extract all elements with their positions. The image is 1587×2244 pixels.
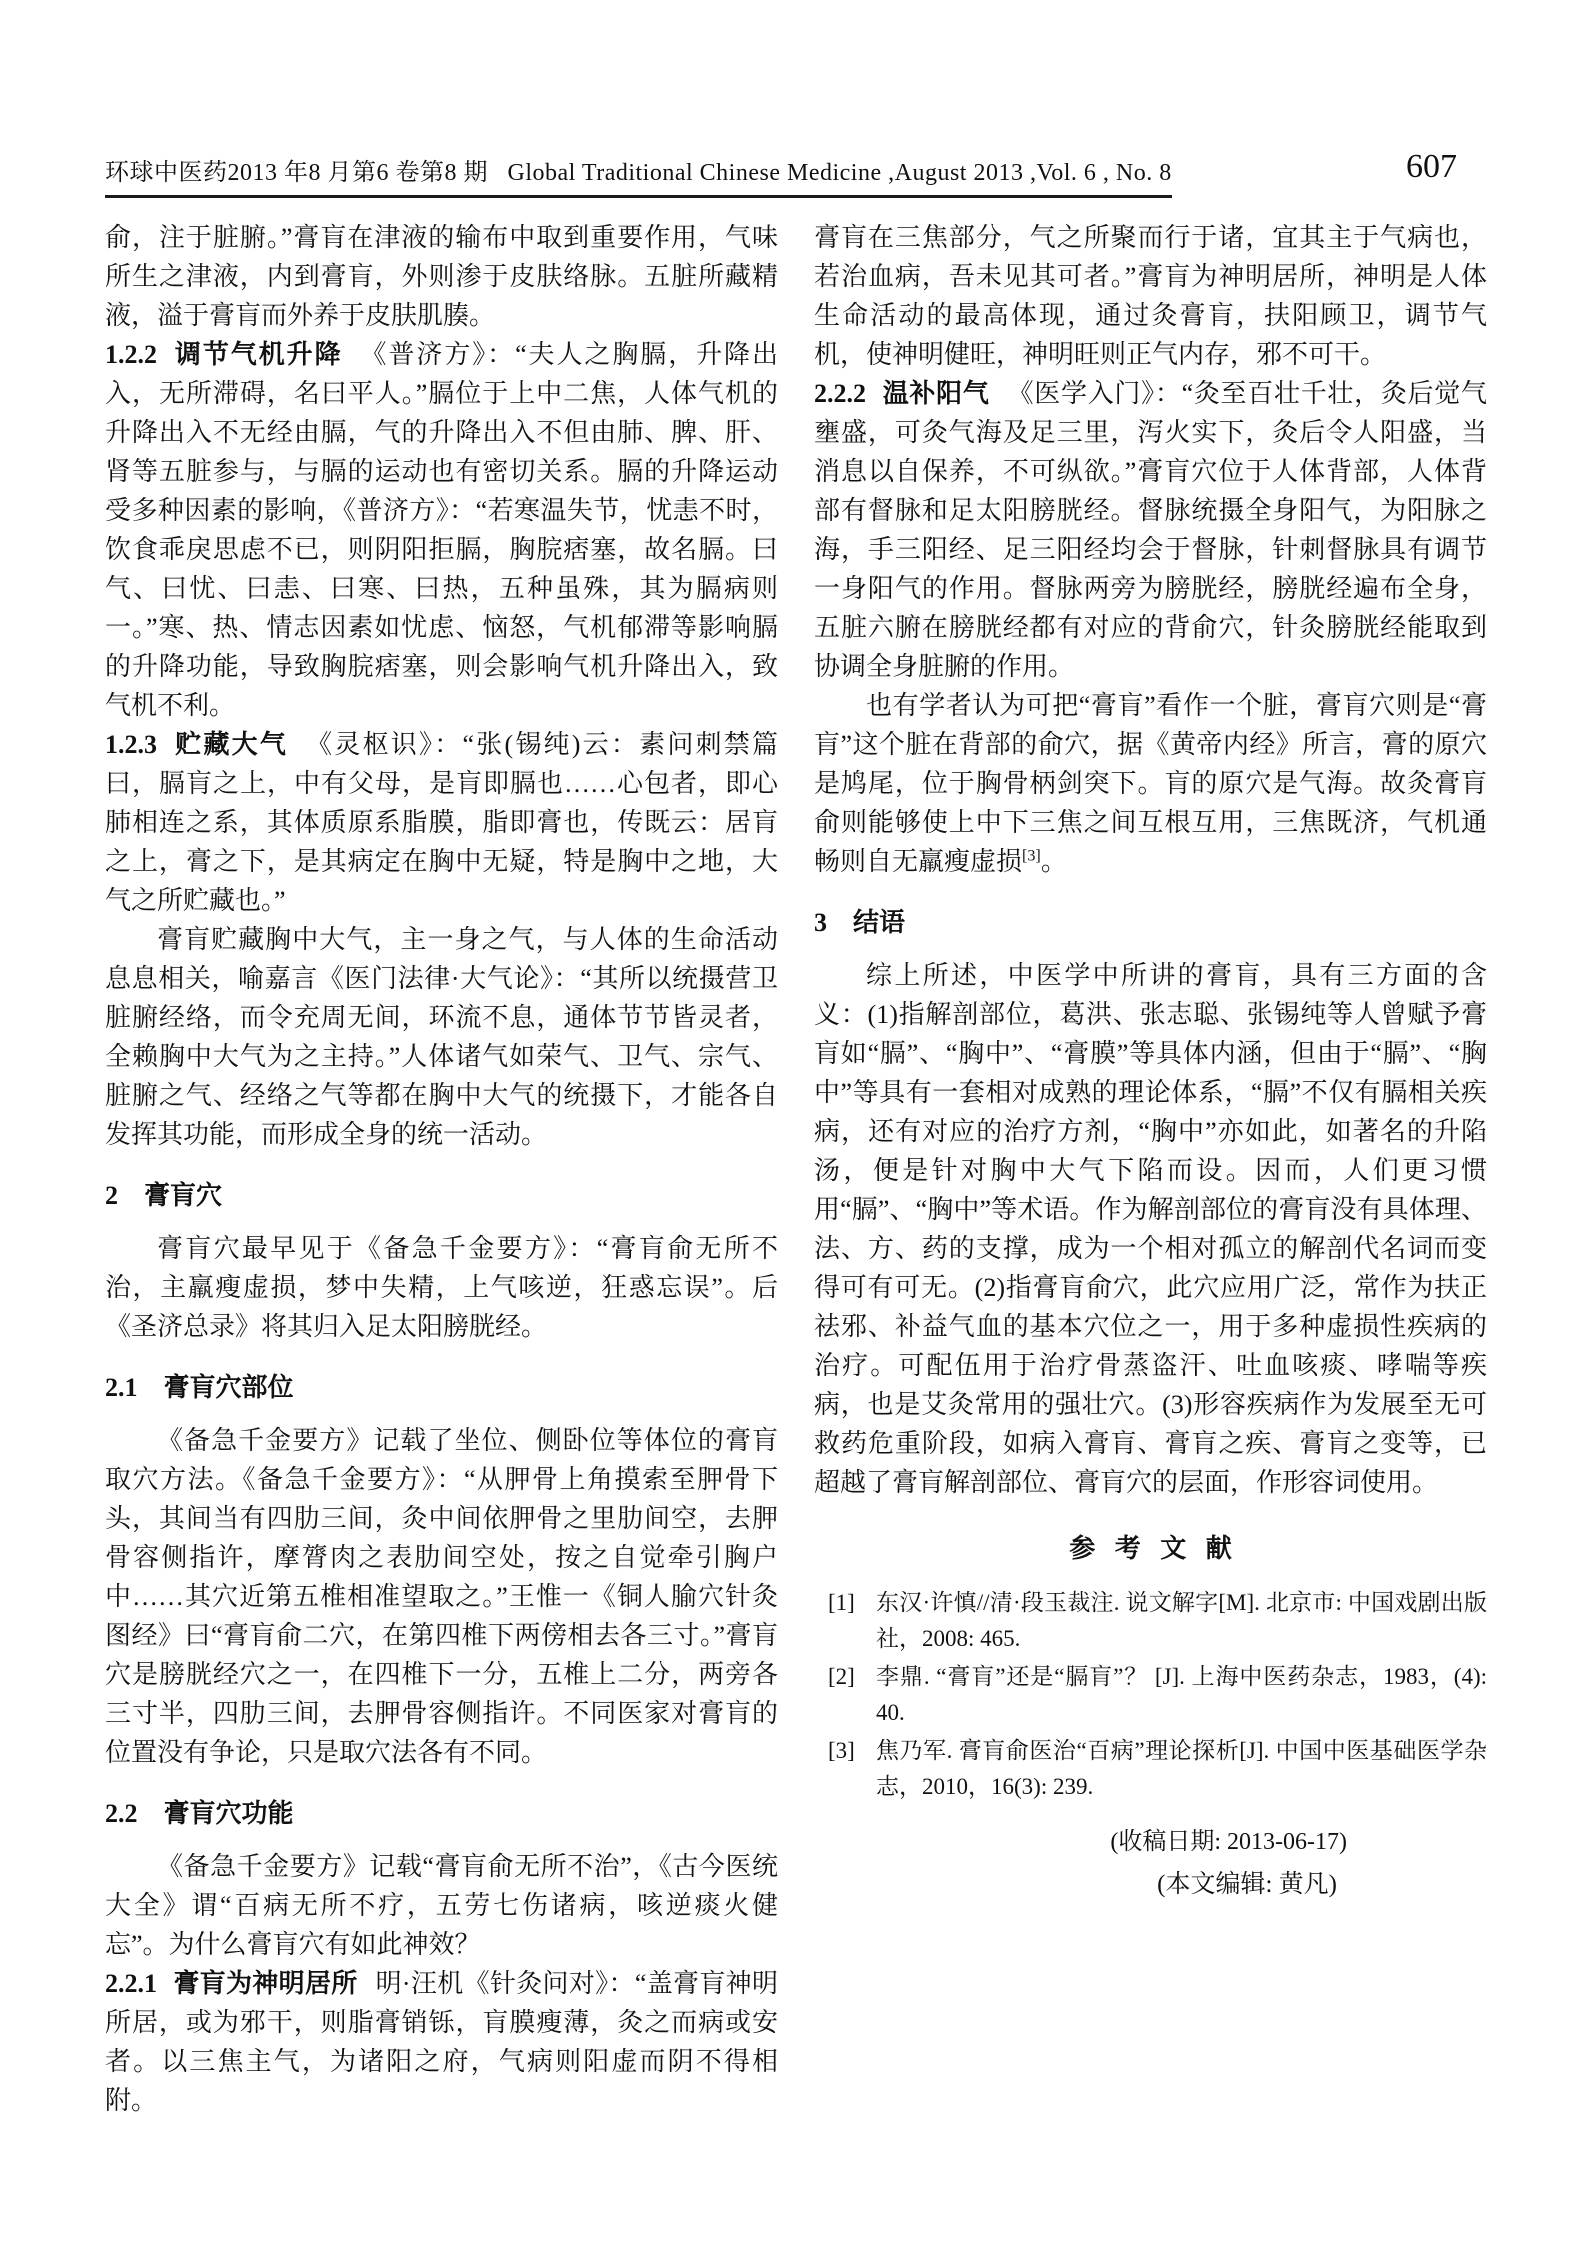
paragraph-location: 《备急千金要方》记载了坐位、侧卧位等体位的膏肓取穴方法。《备急千金要方》：“从胛… <box>105 1421 778 1772</box>
page-header: 环球中医药2013 年8 月第6 卷第8 期 Global Traditiona… <box>105 148 1487 198</box>
paragraph-text: 也有学者认为可把“膏肓”看作一个脏，膏肓穴则是“膏肓”这个脏在背部的俞穴，据《黄… <box>814 691 1487 876</box>
section-number: 2.2.2 <box>814 379 866 408</box>
heading-title: 膏肓穴部位 <box>164 1373 294 1402</box>
references-heading: 参 考 文 献 <box>814 1528 1487 1565</box>
section-2-2-1: 2.2.1膏肓为神明居所明·汪机《针灸问对》：“盖膏肓神明所居，或为邪干，则脂膏… <box>105 1964 778 2120</box>
reference-item-3: [3] 焦乃军. 膏肓俞医治“百病”理论探析[J]. 中国中医基础医学杂志，20… <box>814 1733 1487 1805</box>
heading-section-2: 2膏肓穴 <box>105 1176 778 1215</box>
paragraph-gaohuang-intro: 膏肓穴最早见于《备急千金要方》：“膏肓俞无所不治，主羸瘦虚损，梦中失精，上气咳逆… <box>105 1229 778 1346</box>
heading-title: 结语 <box>853 908 905 937</box>
heading-number: 3 <box>814 908 827 937</box>
reference-text: 焦乃军. 膏肓俞医治“百病”理论探析[J]. 中国中医基础医学杂志，2010，1… <box>876 1733 1487 1805</box>
heading-number: 2 <box>105 1181 118 1210</box>
reference-text: 东汉·许慎//清·段玉裁注. 说文解字[M]. 北京市: 中国戏剧出版社，200… <box>876 1585 1487 1657</box>
citation-superscript: [3] <box>1022 847 1041 864</box>
heading-section-3: 3结语 <box>814 903 1487 942</box>
journal-header-text: 环球中医药2013 年8 月第6 卷第8 期 Global Traditiona… <box>105 152 1172 198</box>
page-number: 607 <box>1406 148 1487 198</box>
paragraph-text: 。 <box>1041 847 1067 876</box>
section-text: 《医学入门》：“灸至百壮千壮，灸后觉气壅盛，可灸气海及足三里，泻火实下，灸后令人… <box>814 379 1487 681</box>
paragraph-conclusion: 综上所述，中医学中所讲的膏肓，具有三方面的含义：(1)指解剖部位，葛洪、张志聪、… <box>814 956 1487 1502</box>
heading-number: 2.2 <box>105 1799 138 1828</box>
reference-label: [3] <box>814 1733 876 1805</box>
section-title: 温补阳气 <box>882 379 990 408</box>
journal-page: 环球中医药2013 年8 月第6 卷第8 期 Global Traditiona… <box>0 0 1587 2244</box>
section-number: 2.2.1 <box>105 1969 157 1998</box>
section-text: 《普济方》：“夫人之胸膈，升降出入，无所滞碍，名曰平人。”膈位于上中二焦，人体气… <box>105 340 778 720</box>
section-1-2-2: 1.2.2调节气机升降《普济方》：“夫人之胸膈，升降出入，无所滞碍，名曰平人。”… <box>105 335 778 725</box>
heading-section-2-1: 2.1膏肓穴部位 <box>105 1368 778 1407</box>
heading-title: 膏肓穴功能 <box>164 1799 294 1828</box>
reference-text: 李鼎. “膏肓”还是“膈肓”？ [J]. 上海中医药杂志，1983，(4): 4… <box>876 1659 1487 1731</box>
reference-label: [1] <box>814 1585 876 1657</box>
section-number: 1.2.3 <box>105 730 157 759</box>
section-title: 贮藏大气 <box>173 730 288 759</box>
section-title: 膏肓为神明居所 <box>173 1969 358 1998</box>
received-date: (收稿日期: 2013-06-17) <box>814 1821 1487 1863</box>
section-1-2-3: 1.2.3贮藏大气《灵枢识》：“张(锡纯)云：素问刺禁篇曰，膈肓之上，中有父母，… <box>105 725 778 920</box>
paragraph-function-intro: 《备急千金要方》记载“膏肓俞无所不治”，《古今医统大全》谓“百病无所不疗，五劳七… <box>105 1847 778 1964</box>
heading-title: 膏肓穴 <box>144 1181 222 1210</box>
right-column: 膏肓在三焦部分，气之所聚而行于诸，宜其主于气病也，若治血病，吾未见其可者。”膏肓… <box>814 218 1487 2120</box>
reference-item-2: [2] 李鼎. “膏肓”还是“膈肓”？ [J]. 上海中医药杂志，1983，(4… <box>814 1659 1487 1731</box>
article-body: 俞，注于脏腑。”膏肓在津液的输布中取到重要作用，气味所生之津液，内到膏肓，外则渗… <box>105 218 1487 2120</box>
section-title: 调节气机升降 <box>173 340 343 369</box>
paragraph-zang: 也有学者认为可把“膏肓”看作一个脏，膏肓穴则是“膏肓”这个脏在背部的俞穴，据《黄… <box>814 686 1487 881</box>
paragraph-continuation: 膏肓在三焦部分，气之所聚而行于诸，宜其主于气病也，若治血病，吾未见其可者。”膏肓… <box>814 218 1487 374</box>
section-2-2-2: 2.2.2温补阳气《医学入门》：“灸至百壮千壮，灸后觉气壅盛，可灸气海及足三里，… <box>814 374 1487 686</box>
editor-note: (本文编辑: 黄凡) <box>814 1863 1487 1907</box>
section-number: 1.2.2 <box>105 340 157 369</box>
paragraph-continuation: 俞，注于脏腑。”膏肓在津液的输布中取到重要作用，气味所生之津液，内到膏肓，外则渗… <box>105 218 778 335</box>
heading-number: 2.1 <box>105 1373 138 1402</box>
reference-label: [2] <box>814 1659 876 1731</box>
heading-section-2-2: 2.2膏肓穴功能 <box>105 1794 778 1833</box>
left-column: 俞，注于脏腑。”膏肓在津液的输布中取到重要作用，气味所生之津液，内到膏肓，外则渗… <box>105 218 778 2120</box>
reference-item-1: [1] 东汉·许慎//清·段玉裁注. 说文解字[M]. 北京市: 中国戏剧出版社… <box>814 1585 1487 1657</box>
paragraph-daqi: 膏肓贮藏胸中大气，主一身之气，与人体的生命活动息息相关，喻嘉言《医门法律·大气论… <box>105 920 778 1154</box>
